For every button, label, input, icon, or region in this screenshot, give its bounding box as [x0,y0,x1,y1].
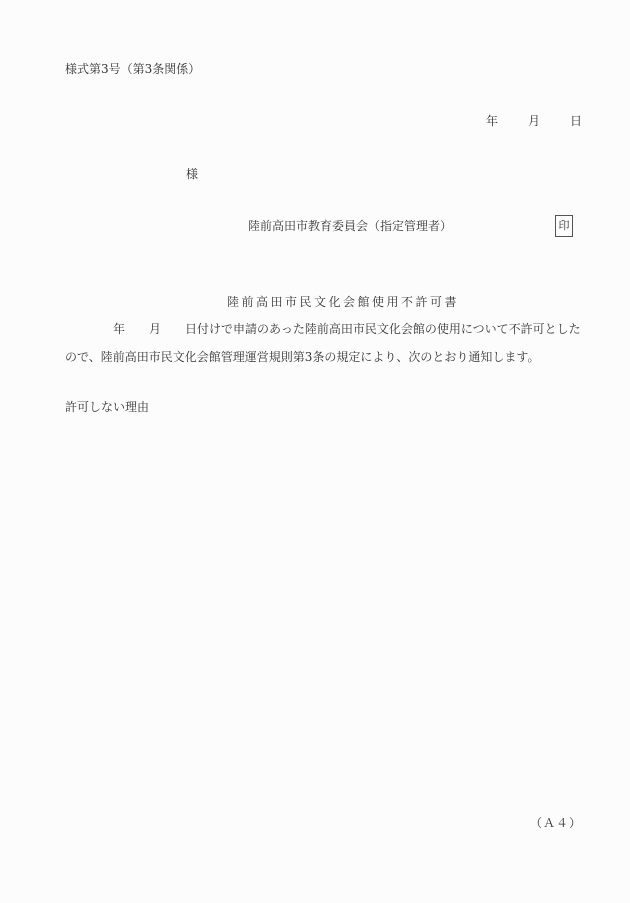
seal-placeholder-box: 印 [555,215,573,237]
form-number-label: 様式第3号（第3条関係） [65,62,200,76]
paper-size-label: （Ａ４） [530,816,582,830]
document-title: 陸前高田市民文化会館使用不許可書 [227,295,459,309]
issue-date-line: 年 月 日 [486,114,584,128]
body-paragraph-line-2: ので、陸前高田市民文化会館管理運営規則第3条の規定により、次のとおり通知します。 [65,350,539,364]
issuer-name: 陸前高田市教育委員会（指定管理者） [248,219,452,233]
addressee-honorific: 様 [186,167,198,181]
body-paragraph-line-1: 年 月 日付けで申請のあった陸前高田市民文化会館の使用について不許可とした [65,322,581,336]
document-page: 様式第3号（第3条関係） 年 月 日 様 陸前高田市教育委員会（指定管理者） 印… [0,0,630,903]
seal-mark: 印 [559,219,570,232]
reason-label: 許可しない理由 [65,400,149,414]
